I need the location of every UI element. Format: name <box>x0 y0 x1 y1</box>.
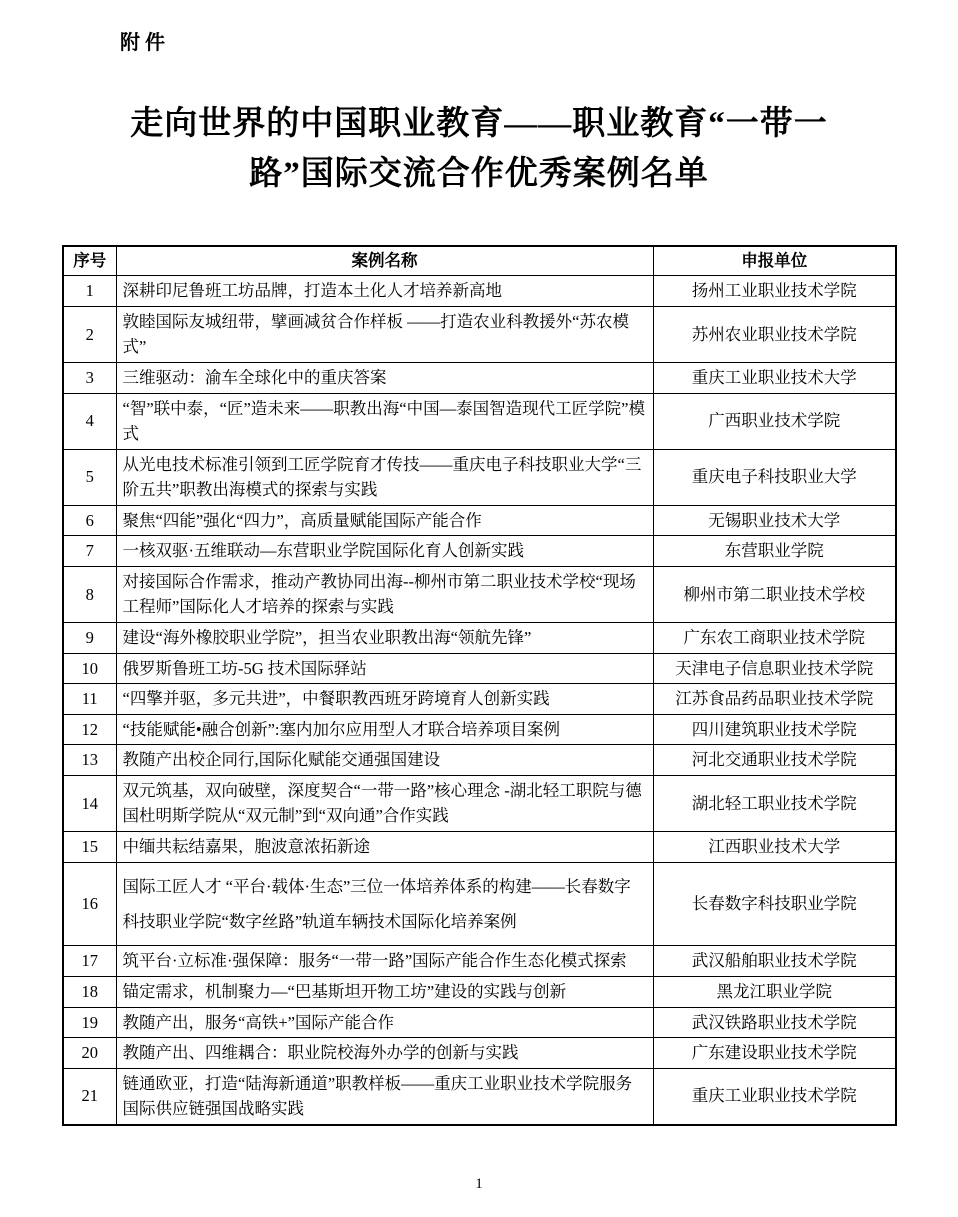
row-case-cell: 敦睦国际友城纽带，擘画减贫合作样板 ——打造农业科教援外“苏农模式” <box>116 306 653 362</box>
row-org-cell: 广东农工商职业技术学院 <box>653 623 896 654</box>
row-org-cell: 广西职业技术学院 <box>653 393 896 449</box>
row-no-cell: 4 <box>63 393 116 449</box>
row-org-cell: 黑龙江职业学院 <box>653 977 896 1008</box>
row-org-cell: 广东建设职业技术学院 <box>653 1038 896 1069</box>
row-no-cell: 9 <box>63 623 116 654</box>
table-row: 11“四擎并驱，多元共进”，中餐职教西班牙跨境育人创新实践江苏食品药品职业技术学… <box>63 684 896 715</box>
table-row: 18锚定需求，机制聚力—“巴基斯坦开物工坊”建设的实践与创新黑龙江职业学院 <box>63 977 896 1008</box>
table-row: 17筑平台·立标准·强保障：服务“一带一路”国际产能合作生态化模式探索武汉船舶职… <box>63 946 896 977</box>
row-no-cell: 19 <box>63 1007 116 1038</box>
row-org-cell: 重庆工业职业技术大学 <box>653 362 896 393</box>
row-case-cell: 筑平台·立标准·强保障：服务“一带一路”国际产能合作生态化模式探索 <box>116 946 653 977</box>
table-row: 5从光电技术标准引领到工匠学院育才传技——重庆电子科技职业大学“三阶五共”职教出… <box>63 449 896 505</box>
row-no-cell: 17 <box>63 946 116 977</box>
row-case-cell: 锚定需求，机制聚力—“巴基斯坦开物工坊”建设的实践与创新 <box>116 977 653 1008</box>
row-org-cell: 河北交通职业技术学院 <box>653 745 896 776</box>
row-no-cell: 6 <box>63 505 116 536</box>
row-org-cell: 江苏食品药品职业技术学院 <box>653 684 896 715</box>
table-row: 14双元筑基，双向破壁，深度契合“一带一路”核心理念 -湖北轻工职院与德国杜明斯… <box>63 775 896 831</box>
row-org-cell: 武汉铁路职业技术学院 <box>653 1007 896 1038</box>
row-case-cell: “智”联中泰，“匠”造未来——职教出海“中国—泰国智造现代工匠学院”模式 <box>116 393 653 449</box>
attachment-label: 附件 <box>120 26 170 55</box>
row-no-cell: 12 <box>63 714 116 745</box>
row-org-cell: 武汉船舶职业技术学院 <box>653 946 896 977</box>
row-org-cell: 天津电子信息职业技术学院 <box>653 653 896 684</box>
row-case-cell: 教随产出校企同行,国际化赋能交通强国建设 <box>116 745 653 776</box>
row-org-cell: 无锡职业技术大学 <box>653 505 896 536</box>
row-no-cell: 11 <box>63 684 116 715</box>
row-no-cell: 15 <box>63 831 116 862</box>
row-no-cell: 1 <box>63 276 116 307</box>
table-row: 8对接国际合作需求，推动产教协同出海--柳州市第二职业技术学校“现场工程师”国际… <box>63 566 896 622</box>
row-org-cell: 长春数字科技职业学院 <box>653 862 896 946</box>
row-case-cell: 教随产出、四维耦合：职业院校海外办学的创新与实践 <box>116 1038 653 1069</box>
row-case-cell: 对接国际合作需求，推动产教协同出海--柳州市第二职业技术学校“现场工程师”国际化… <box>116 566 653 622</box>
row-case-cell: “四擎并驱，多元共进”，中餐职教西班牙跨境育人创新实践 <box>116 684 653 715</box>
table-row: 15中缅共耘结嘉果，胞波意浓拓新途江西职业技术大学 <box>63 831 896 862</box>
row-case-cell: 聚焦“四能”强化“四力”，高质量赋能国际产能合作 <box>116 505 653 536</box>
row-no-cell: 21 <box>63 1068 116 1125</box>
table-row: 12“技能赋能•融合创新”:塞内加尔应用型人才联合培养项目案例四川建筑职业技术学… <box>63 714 896 745</box>
row-no-cell: 5 <box>63 449 116 505</box>
table-row: 3三维驱动：渝车全球化中的重庆答案重庆工业职业技术大学 <box>63 362 896 393</box>
row-no-cell: 13 <box>63 745 116 776</box>
row-no-cell: 14 <box>63 775 116 831</box>
table-row: 19教随产出，服务“高铁+”国际产能合作武汉铁路职业技术学院 <box>63 1007 896 1038</box>
row-org-cell: 重庆工业职业技术学院 <box>653 1068 896 1125</box>
row-case-cell: 双元筑基，双向破壁，深度契合“一带一路”核心理念 -湖北轻工职院与德国杜明斯学院… <box>116 775 653 831</box>
row-no-cell: 10 <box>63 653 116 684</box>
table-row: 9建设“海外橡胶职业学院”，担当农业职教出海“领航先锋”广东农工商职业技术学院 <box>63 623 896 654</box>
row-case-cell: “技能赋能•融合创新”:塞内加尔应用型人才联合培养项目案例 <box>116 714 653 745</box>
column-header-org: 申报单位 <box>653 246 896 276</box>
table-row: 10俄罗斯鲁班工坊-5G 技术国际驿站天津电子信息职业技术学院 <box>63 653 896 684</box>
page-number: 1 <box>0 1176 958 1193</box>
row-case-cell: 深耕印尼鲁班工坊品牌，打造本土化人才培养新高地 <box>116 276 653 307</box>
row-org-cell: 柳州市第二职业技术学校 <box>653 566 896 622</box>
row-no-cell: 16 <box>63 862 116 946</box>
row-org-cell: 四川建筑职业技术学院 <box>653 714 896 745</box>
row-no-cell: 8 <box>63 566 116 622</box>
row-org-cell: 湖北轻工职业技术学院 <box>653 775 896 831</box>
table-row: 20教随产出、四维耦合：职业院校海外办学的创新与实践广东建设职业技术学院 <box>63 1038 896 1069</box>
row-case-cell: 从光电技术标准引领到工匠学院育才传技——重庆电子科技职业大学“三阶五共”职教出海… <box>116 449 653 505</box>
table-row: 16国际工匠人才 “平台·载体·生态”三位一体培养体系的构建——长春数字科技职业… <box>63 862 896 946</box>
column-header-case: 案例名称 <box>116 246 653 276</box>
row-org-cell: 苏州农业职业技术学院 <box>653 306 896 362</box>
table-row: 2敦睦国际友城纽带，擘画减贫合作样板 ——打造农业科教援外“苏农模式”苏州农业职… <box>63 306 896 362</box>
row-no-cell: 18 <box>63 977 116 1008</box>
row-case-cell: 国际工匠人才 “平台·载体·生态”三位一体培养体系的构建——长春数字科技职业学院… <box>116 862 653 946</box>
row-org-cell: 江西职业技术大学 <box>653 831 896 862</box>
table-row: 7一核双驱·五维联动—东营职业学院国际化育人创新实践东营职业学院 <box>63 536 896 567</box>
row-case-cell: 一核双驱·五维联动—东营职业学院国际化育人创新实践 <box>116 536 653 567</box>
row-org-cell: 东营职业学院 <box>653 536 896 567</box>
table-row: 4“智”联中泰，“匠”造未来——职教出海“中国—泰国智造现代工匠学院”模式广西职… <box>63 393 896 449</box>
table-row: 21链通欧亚，打造“陆海新通道”职教样板——重庆工业职业技术学院服务国际供应链强… <box>63 1068 896 1125</box>
row-no-cell: 3 <box>63 362 116 393</box>
table-row: 1深耕印尼鲁班工坊品牌，打造本土化人才培养新高地扬州工业职业技术学院 <box>63 276 896 307</box>
table-header-row: 序号 案例名称 申报单位 <box>63 246 896 276</box>
row-case-cell: 建设“海外橡胶职业学院”，担当农业职教出海“领航先锋” <box>116 623 653 654</box>
cases-table: 序号 案例名称 申报单位 1深耕印尼鲁班工坊品牌，打造本土化人才培养新高地扬州工… <box>62 245 897 1126</box>
column-header-no: 序号 <box>63 246 116 276</box>
row-org-cell: 扬州工业职业技术学院 <box>653 276 896 307</box>
row-case-cell: 教随产出，服务“高铁+”国际产能合作 <box>116 1007 653 1038</box>
row-case-cell: 俄罗斯鲁班工坊-5G 技术国际驿站 <box>116 653 653 684</box>
row-no-cell: 2 <box>63 306 116 362</box>
page-title: 走向世界的中国职业教育——职业教育“一带一路”国际交流合作优秀案例名单 <box>117 100 841 199</box>
row-case-cell: 中缅共耘结嘉果，胞波意浓拓新途 <box>116 831 653 862</box>
row-org-cell: 重庆电子科技职业大学 <box>653 449 896 505</box>
row-no-cell: 7 <box>63 536 116 567</box>
table-row: 13教随产出校企同行,国际化赋能交通强国建设河北交通职业技术学院 <box>63 745 896 776</box>
row-case-cell: 链通欧亚，打造“陆海新通道”职教样板——重庆工业职业技术学院服务国际供应链强国战… <box>116 1068 653 1125</box>
row-case-cell: 三维驱动：渝车全球化中的重庆答案 <box>116 362 653 393</box>
table-row: 6聚焦“四能”强化“四力”，高质量赋能国际产能合作无锡职业技术大学 <box>63 505 896 536</box>
row-no-cell: 20 <box>63 1038 116 1069</box>
